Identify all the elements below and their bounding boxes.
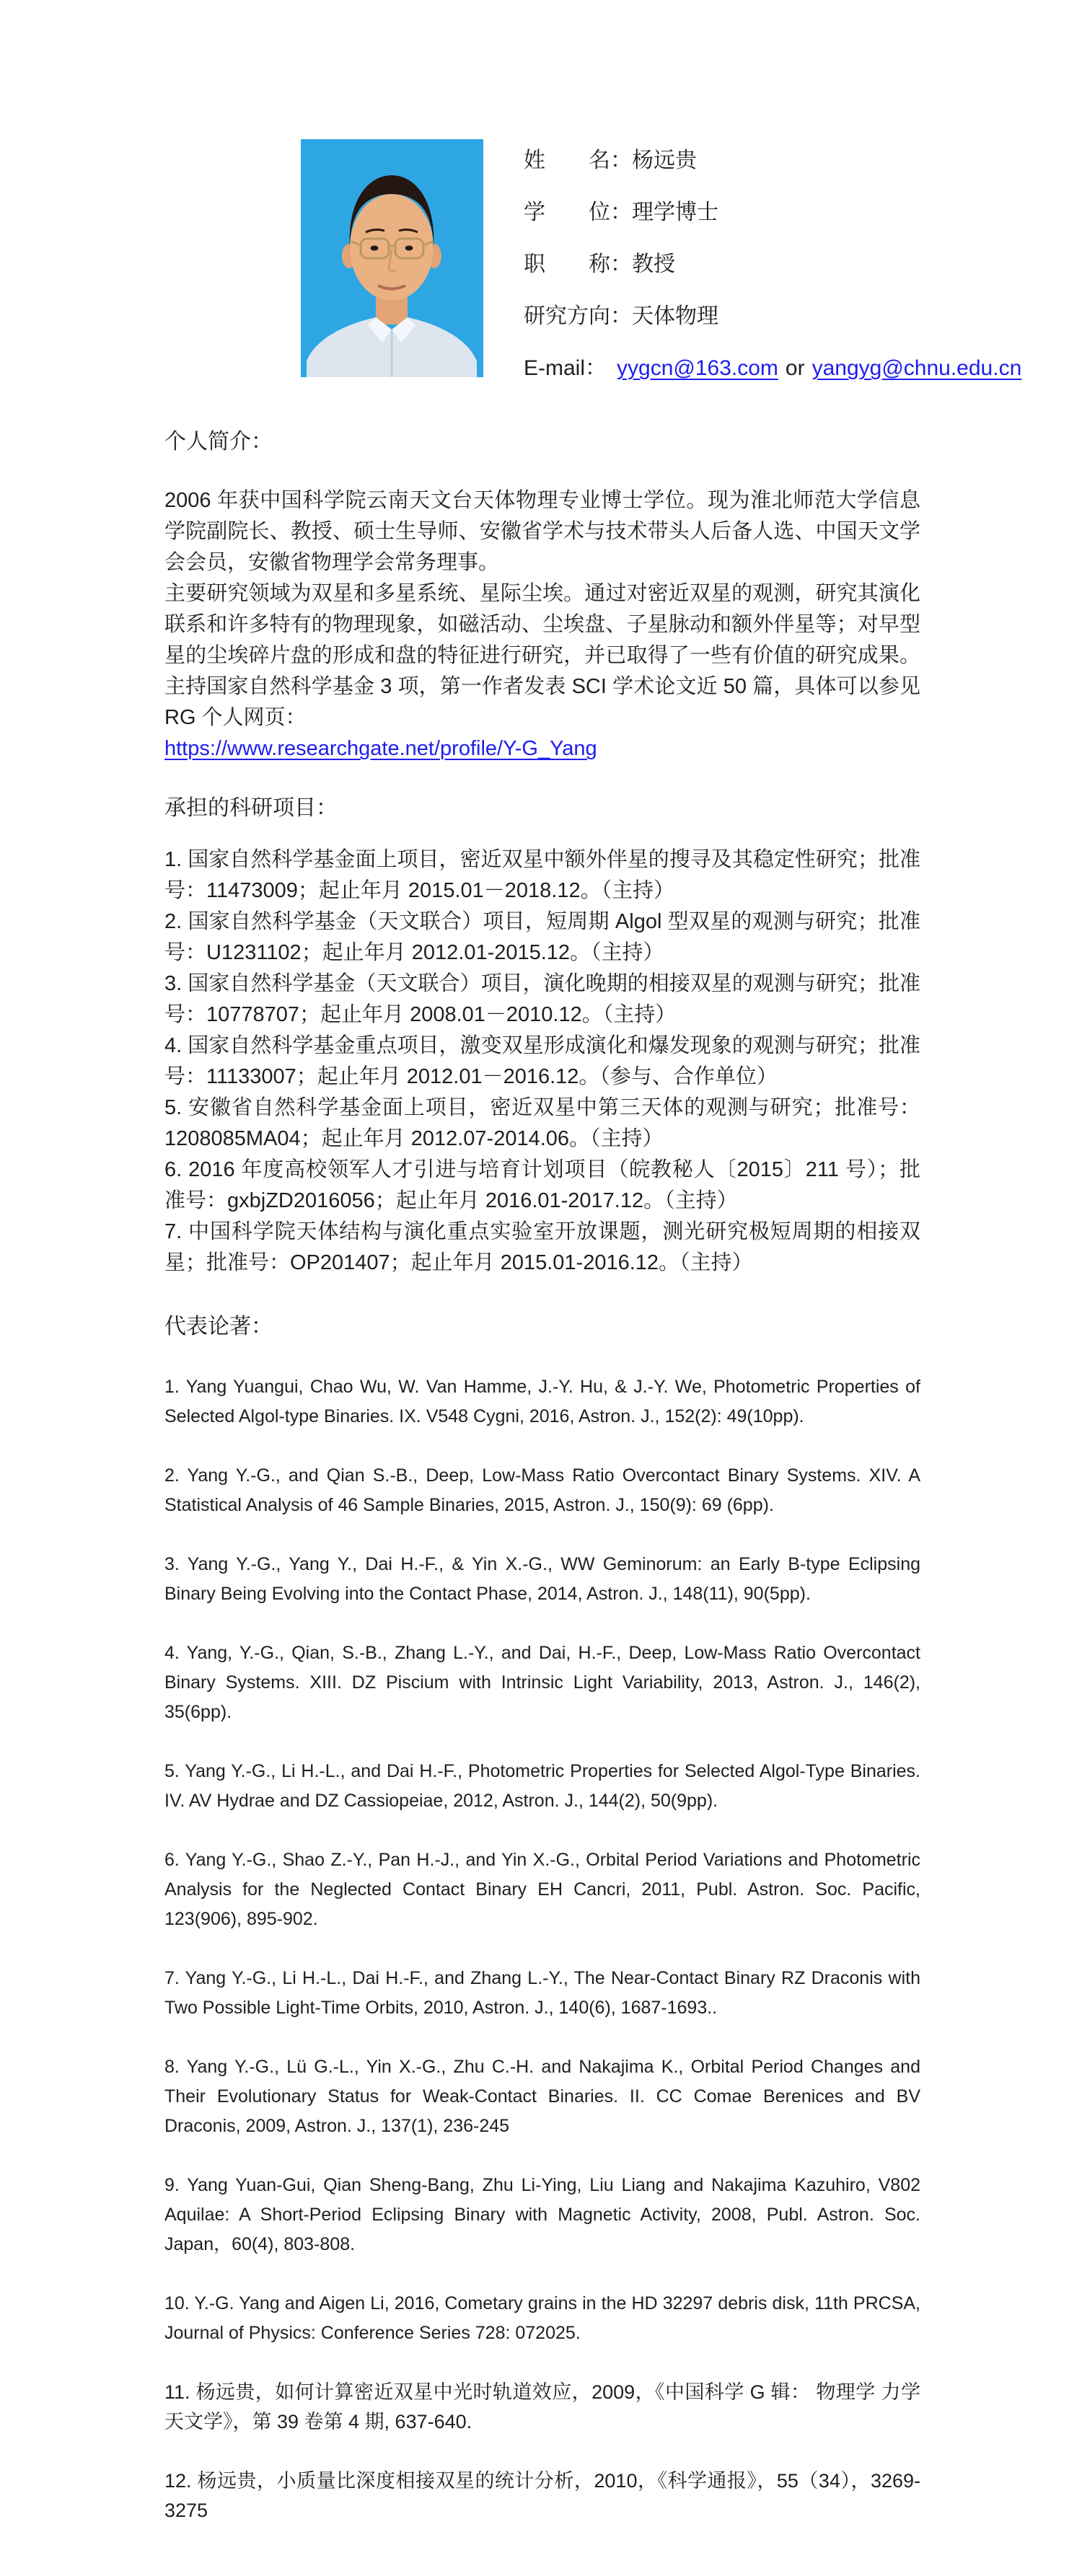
profile-photo — [301, 139, 483, 377]
intro-body: 2006 年获中国科学院云南天文台天体物理专业博士学位。现为淮北师范大学信息学院… — [164, 485, 920, 764]
projects-list: 1. 国家自然科学基金面上项目，密近双星中额外伴星的搜寻及其稳定性研究；批准号：… — [164, 844, 920, 1279]
publications-list: 1. Yang Yuangui, Chao Wu, W. Van Hamme, … — [164, 1372, 920, 2526]
email-separator: or — [786, 356, 805, 380]
field-name-value: 杨远贵 — [632, 149, 697, 172]
page: 姓 名：杨远贵 学 位：理学博士 职 称：教授 研究方向：天体物理 E-mail… — [0, 0, 1082, 2576]
field-research-area-value: 天体物理 — [632, 304, 718, 328]
field-degree-label: 学 位： — [524, 200, 632, 224]
publication-item: 1. Yang Yuangui, Chao Wu, W. Van Hamme, … — [164, 1372, 920, 1432]
publication-item: 4. Yang, Y.-G., Qian, S.-B., Zhang L.-Y.… — [164, 1638, 920, 1727]
publication-item: 11. 杨远贵，如何计算密近双星中光时轨道效应，2009，《中国科学 G 辑： … — [164, 2378, 920, 2437]
field-degree-value: 理学博士 — [632, 200, 718, 224]
document-content: 姓 名：杨远贵 学 位：理学博士 职 称：教授 研究方向：天体物理 E-mail… — [164, 0, 920, 2526]
publication-item: 2. Yang Y.-G., and Qian S.-B., Deep, Low… — [164, 1461, 920, 1520]
field-research-area: 研究方向：天体物理 — [524, 306, 1021, 327]
project-item: 7. 中国科学院天体结构与演化重点实验室开放课题，测光研究极短周期的相接双星；批… — [164, 1217, 920, 1279]
project-item: 4. 国家自然科学基金重点项目，激变双星形成演化和爆发现象的观测与研究；批准号：… — [164, 1031, 920, 1093]
publication-item: 10. Y.-G. Yang and Aigen Li, 2016, Comet… — [164, 2289, 920, 2348]
intro-heading: 个人简介： — [164, 426, 920, 457]
field-title-value: 教授 — [632, 252, 675, 276]
field-research-area-label: 研究方向： — [524, 304, 632, 328]
profile-info: 姓 名：杨远贵 学 位：理学博士 职 称：教授 研究方向：天体物理 E-mail… — [524, 150, 1021, 379]
publication-item: 3. Yang Y.-G., Yang Y., Dai H.-F., & Yin… — [164, 1550, 920, 1609]
field-email: E-mail：yygcn@163.comoryangyg@chnu.edu.cn — [524, 358, 1021, 379]
project-item: 6. 2016 年度高校领军人才引进与培育计划项目（皖教秘人〔2015〕211 … — [164, 1155, 920, 1217]
publications-heading: 代表论著： — [164, 1311, 920, 1342]
publication-item: 8. Yang Y.-G., Lü G.-L., Yin X.-G., Zhu … — [164, 2052, 920, 2141]
publication-item: 9. Yang Yuan-Gui, Qian Sheng-Bang, Zhu L… — [164, 2171, 920, 2259]
publication-item: 5. Yang Y.-G., Li H.-L., and Dai H.-F., … — [164, 1757, 920, 1816]
portrait-photo-graphic — [301, 139, 483, 377]
project-item: 1. 国家自然科学基金面上项目，密近双星中额外伴星的搜寻及其稳定性研究；批准号：… — [164, 844, 920, 907]
profile-header: 姓 名：杨远贵 学 位：理学博士 职 称：教授 研究方向：天体物理 E-mail… — [164, 139, 920, 379]
field-title: 职 称：教授 — [524, 254, 1021, 275]
researchgate-link-line: https://www.researchgate.net/profile/Y-G… — [164, 733, 920, 764]
researchgate-link[interactable]: https://www.researchgate.net/profile/Y-G… — [164, 737, 597, 760]
project-item: 5. 安徽省自然科学基金面上项目，密近双星中第三天体的观测与研究；批准号：120… — [164, 1093, 920, 1155]
field-degree: 学 位：理学博士 — [524, 202, 1021, 224]
project-item: 2. 国家自然科学基金（天文联合）项目，短周期 Algol 型双星的观测与研究；… — [164, 907, 920, 969]
intro-paragraph-1: 2006 年获中国科学院云南天文台天体物理专业博士学位。现为淮北师范大学信息学院… — [164, 485, 920, 578]
intro-paragraph-2: 主要研究领域为双星和多星系统、星际尘埃。通过对密近双星的观测，研究其演化联系和许… — [164, 578, 920, 733]
publication-item: 7. Yang Y.-G., Li H.-L., Dai H.-F., and … — [164, 1964, 920, 2023]
field-name-label: 姓 名： — [524, 149, 632, 172]
email-link-1[interactable]: yygcn@163.com — [617, 356, 778, 380]
field-title-label: 职 称： — [524, 252, 632, 276]
publication-item: 6. Yang Y.-G., Shao Z.-Y., Pan H.-J., an… — [164, 1845, 920, 1934]
project-item: 3. 国家自然科学基金（天文联合）项目，演化晚期的相接双星的观测与研究；批准号：… — [164, 969, 920, 1031]
field-name: 姓 名：杨远贵 — [524, 150, 1021, 172]
email-label: E-mail： — [524, 356, 607, 380]
email-link-2[interactable]: yangyg@chnu.edu.cn — [812, 356, 1022, 380]
projects-heading: 承担的科研项目： — [164, 793, 920, 824]
publication-item: 12. 杨远贵，小质量比深度相接双星的统计分析，2010，《科学通报》，55（3… — [164, 2466, 920, 2526]
